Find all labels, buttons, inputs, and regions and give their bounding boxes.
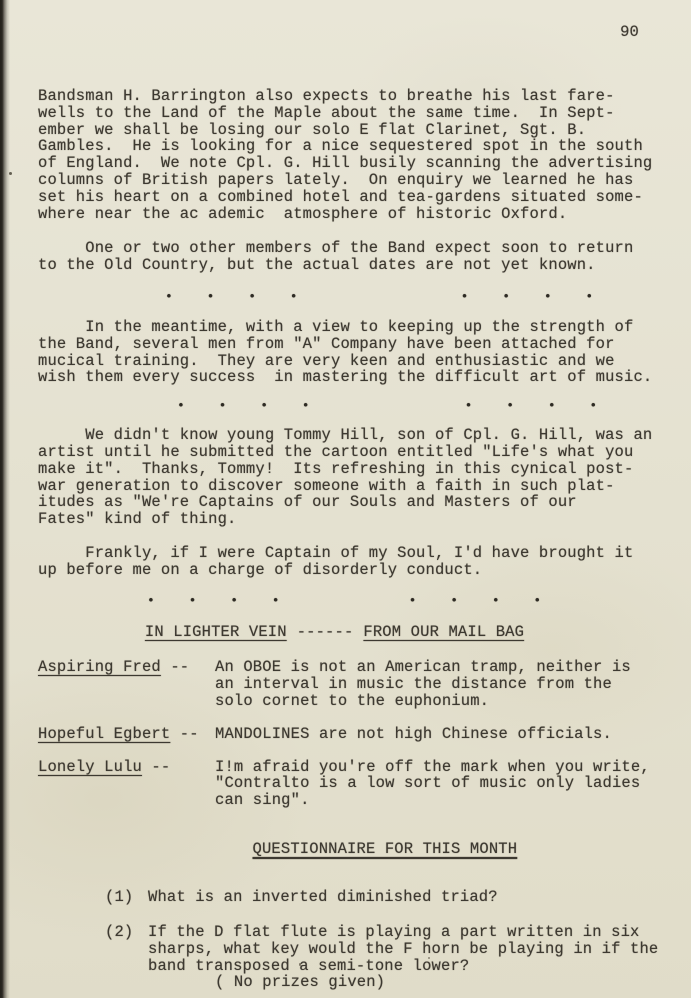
dots-group-left: • • • • bbox=[165, 289, 311, 306]
paragraph-a-company: In the meantime, with a view to keeping … bbox=[38, 319, 691, 386]
dots-group-right: • • • • bbox=[465, 398, 611, 415]
mailbag-entry-name-cell: Hopeful Egbert -- bbox=[38, 726, 215, 743]
paragraph-disorderly-conduct: Frankly, if I were Captain of my Soul, I… bbox=[38, 545, 691, 579]
dots-group-right: • • • • bbox=[461, 289, 607, 306]
section-separator-dots: • • • • • • • • bbox=[38, 398, 691, 415]
mailbag-entry-hopeful-egbert: Hopeful Egbert -- MANDOLINES are not hig… bbox=[38, 726, 691, 743]
mailbag-entry-dash: -- bbox=[142, 758, 170, 776]
mailbag-entry-dash: -- bbox=[161, 658, 189, 676]
paragraph-tommy-hill: We didn't know young Tommy Hill, son of … bbox=[38, 427, 691, 528]
mailbag-section-heading: IN LIGHTER VEIN ------ FROM OUR MAIL BAG bbox=[8, 624, 661, 641]
mailbag-entry-name: Lonely Lulu bbox=[38, 758, 142, 776]
stray-ink-mark bbox=[9, 172, 12, 175]
mailbag-heading-left: IN LIGHTER VEIN bbox=[145, 624, 287, 641]
mailbag-entry-aspiring-fred: Aspiring Fred -- An OBOE is not an Ameri… bbox=[38, 659, 691, 709]
question-text: What is an inverted diminished triad? bbox=[148, 889, 498, 906]
questionnaire-heading: QUESTIONNAIRE FOR THIS MONTH bbox=[30, 824, 683, 874]
section-separator-dots: • • • • • • • • bbox=[38, 593, 691, 610]
scanned-document-page: 90 Bandsman H. Barrington also expects t… bbox=[0, 0, 691, 998]
mailbag-entry-text: I!m afraid you're off the mark when you … bbox=[215, 759, 650, 809]
question-note: ( No prizes given) bbox=[215, 974, 658, 991]
dots-group-right: • • • • bbox=[409, 593, 555, 610]
dots-group-left: • • • • bbox=[147, 593, 293, 610]
mailbag-entry-name: Aspiring Fred bbox=[38, 658, 161, 676]
question-body: If the D flat flute is playing a part wr… bbox=[148, 924, 658, 991]
page-content: Bandsman H. Barrington also expects to b… bbox=[0, 0, 691, 991]
paragraph-barrington: Bandsman H. Barrington also expects to b… bbox=[38, 88, 691, 222]
mailbag-entry-name: Hopeful Egbert bbox=[38, 725, 170, 743]
paragraph-old-country: One or two other members of the Band exp… bbox=[38, 240, 691, 274]
mailbag-heading-right: FROM OUR MAIL BAG bbox=[363, 624, 524, 641]
questionnaire-item-2: (2) If the D flat flute is playing a par… bbox=[38, 924, 691, 991]
page-number: 90 bbox=[620, 24, 639, 41]
question-text: If the D flat flute is playing a part wr… bbox=[148, 924, 658, 974]
questionnaire-item-1: (1) What is an inverted diminished triad… bbox=[38, 889, 691, 906]
dots-group-left: • • • • bbox=[177, 398, 323, 415]
scan-left-edge-shadow bbox=[0, 0, 10, 998]
section-separator-dots: • • • • • • • • bbox=[38, 289, 691, 306]
questionnaire-heading-text: QUESTIONNAIRE FOR THIS MONTH bbox=[253, 840, 518, 858]
mailbag-entry-lonely-lulu: Lonely Lulu -- I!m afraid you're off the… bbox=[38, 759, 691, 809]
mailbag-entry-name-cell: Lonely Lulu -- bbox=[38, 759, 215, 776]
mailbag-heading-dashes: ------ bbox=[297, 624, 354, 641]
mailbag-entry-text: An OBOE is not an American tramp, neithe… bbox=[215, 659, 631, 709]
mailbag-entry-text: MANDOLINES are not high Chinese official… bbox=[215, 726, 612, 743]
mailbag-entry-name-cell: Aspiring Fred -- bbox=[38, 659, 215, 676]
mailbag-entry-dash: -- bbox=[170, 725, 198, 743]
question-number: (2) bbox=[105, 924, 148, 941]
question-number: (1) bbox=[105, 889, 148, 906]
